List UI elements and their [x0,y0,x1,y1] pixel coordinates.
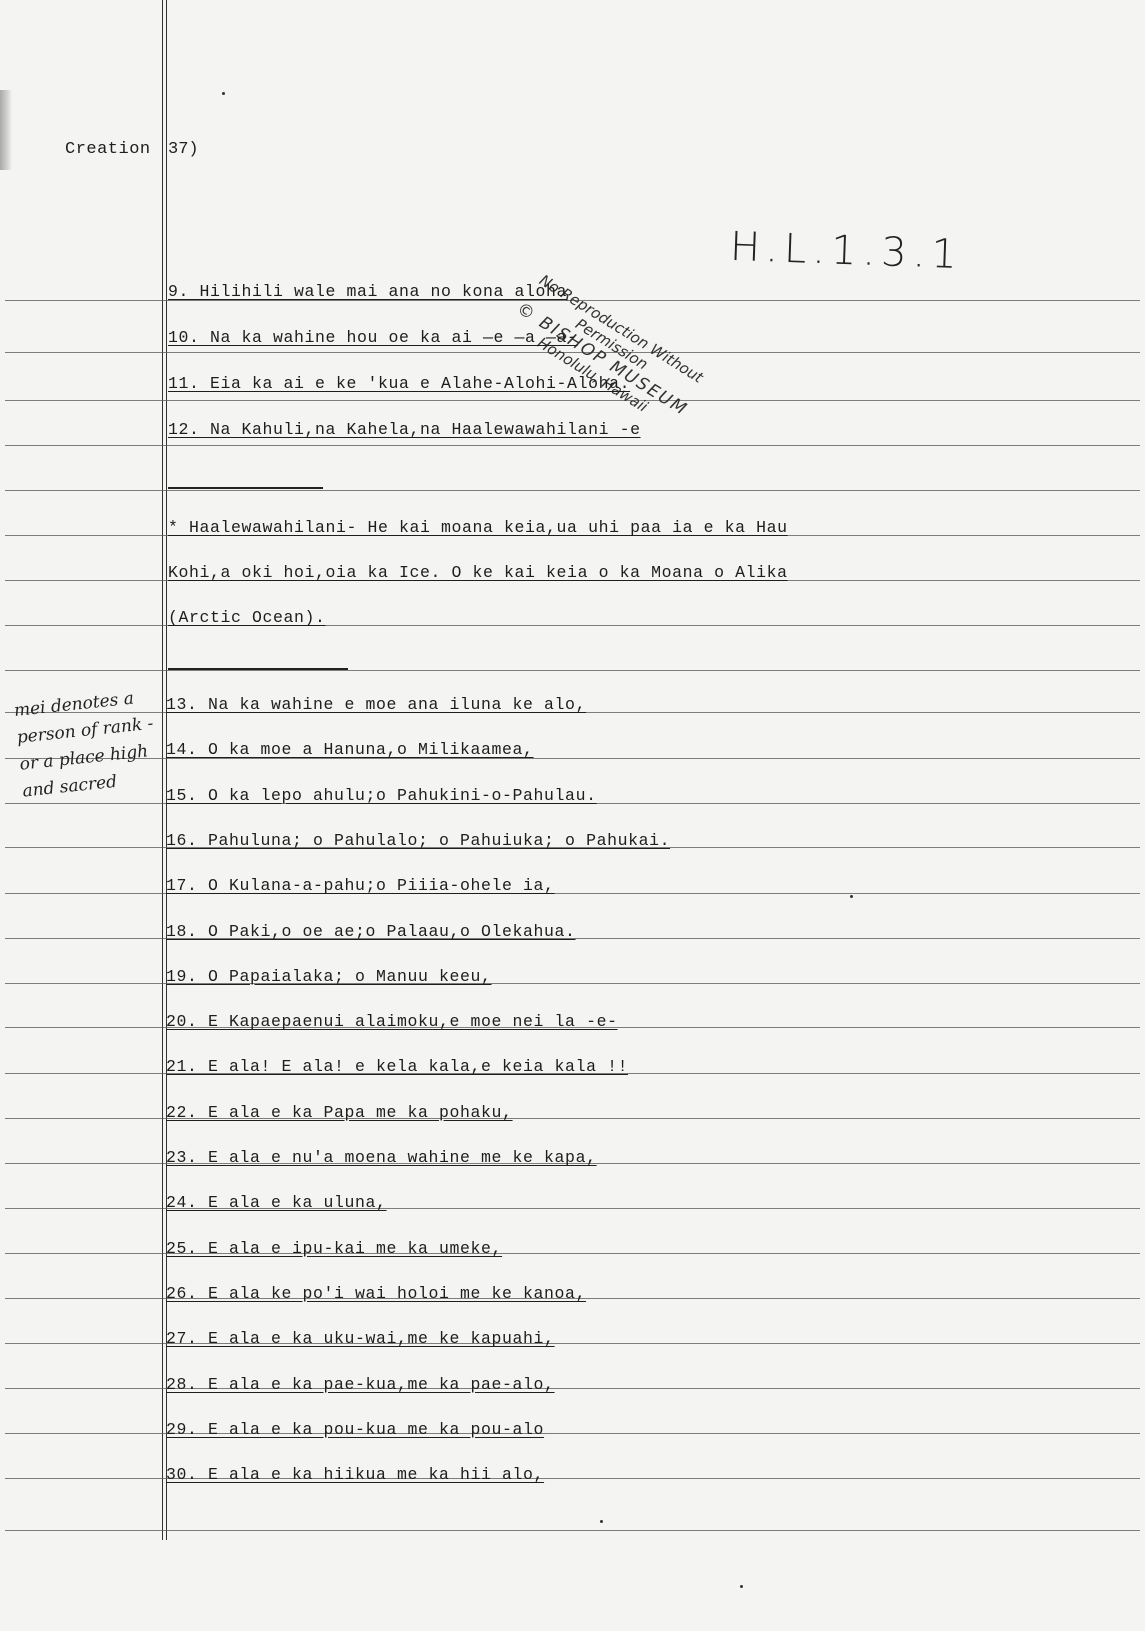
verse-line: 15. O ka lepo ahulu;o Pahukini-o-Pahulau… [166,786,597,805]
verse-line: 29. E ala e ka pou-kua me ka pou-alo [166,1420,544,1439]
page-number: 37) [168,140,199,159]
verse-line: 23. E ala e nu'a moena wahine me ke kapa… [166,1148,597,1167]
ruled-line [5,1530,1140,1531]
verse-line: 27. E ala e ka uku-wai,me ke kapuahi, [166,1329,555,1348]
ruled-line [5,445,1140,446]
verse-line: 17. O Kulana-a-pahu;o Piiia-ohele ia, [166,876,555,895]
speck [850,895,853,898]
verse-line: 26. E ala ke po'i wai holoi me ke kanoa, [166,1284,586,1303]
verse-line: 12. Na Kahuli,na Kahela,na Haalewawahila… [168,420,641,439]
verse-line: 30. E ala e ka hiikua me ka hii alo, [166,1465,544,1484]
verse-line: (Arctic Ocean). [168,608,326,627]
verse-line: * Haalewawahilani- He kai moana keia,ua … [168,518,788,537]
verse-line: 20. E Kapaepaenui alaimoku,e moe nei la … [166,1012,618,1031]
separator-line [168,668,348,670]
verse-line: 16. Pahuluna; o Pahulalo; o Pahuiuka; o … [166,831,670,850]
verse-line: 10. Na ka wahine hou oe ka ai —e —a —a- [168,328,578,347]
scan-edge-shadow [0,90,12,170]
verse-line: 28. E ala e ka pae-kua,me ka pae-alo, [166,1375,555,1394]
ruled-line [5,670,1140,671]
speck [222,92,225,95]
speck [740,1585,743,1588]
verse-line: 13. Na ka wahine e moe ana iluna ke alo, [166,695,586,714]
document-page: Creation 37) H.L.1.3.1 No Reproduction W… [0,0,1145,1631]
verse-line: 14. O ka moe a Hanuna,o Milikaamea, [166,740,534,759]
ruled-line [5,490,1140,491]
verse-line: 9. Hilihili wale mai ana no kona aloha [168,282,567,301]
verse-line: 25. E ala e ipu-kai me ka umeke, [166,1239,502,1258]
verse-line: 24. E ala e ka uluna, [166,1193,387,1212]
speck [600,1520,603,1523]
separator-line [168,487,323,489]
verse-line: 22. E ala e ka Papa me ka pohaku, [166,1103,513,1122]
verse-line: Kohi,a oki hoi,oia ka Ice. O ke kai keia… [168,563,788,582]
handwritten-margin-note: mei denotes a person of rank - or a plac… [13,682,173,805]
catalog-number: H.L.1.3.1 [729,224,963,278]
document-title: Creation [65,140,151,159]
ruled-line [5,400,1140,401]
verse-line: 18. O Paki,o oe ae;o Palaau,o Olekahua. [166,922,576,941]
verse-line: 11. Eia ka ai e ke 'kua e Alahe-Alohi-Al… [168,374,630,393]
verse-line: 21. E ala! E ala! e kela kala,e keia kal… [166,1057,628,1076]
verse-line: 19. O Papaialaka; o Manuu keeu, [166,967,492,986]
